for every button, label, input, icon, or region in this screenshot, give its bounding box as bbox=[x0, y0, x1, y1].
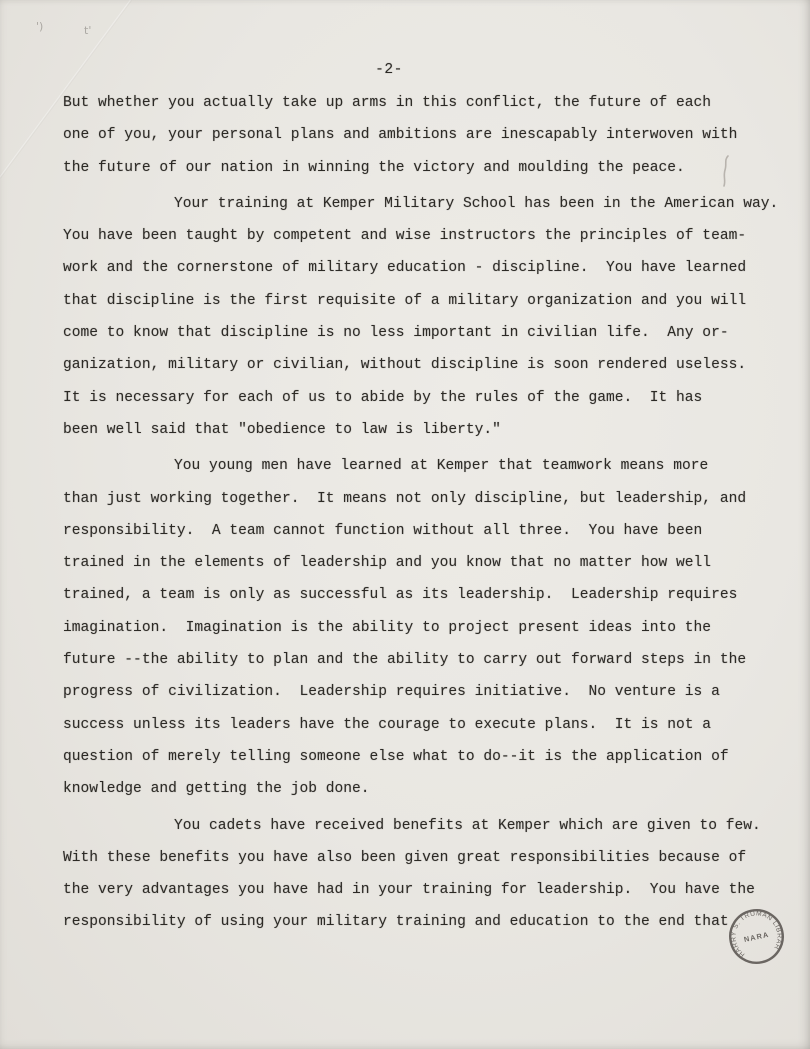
typed-line: one of you, your personal plans and ambi… bbox=[63, 119, 763, 151]
typed-line: that discipline is the first requisite o… bbox=[63, 285, 763, 317]
pencil-mark: t' bbox=[84, 24, 91, 37]
typed-line: question of merely telling someone else … bbox=[63, 741, 763, 773]
paragraph: Your training at Kemper Military School … bbox=[63, 188, 763, 446]
typed-line: progress of civilization. Leadership req… bbox=[63, 676, 763, 708]
typed-line: imagination. Imagination is the ability … bbox=[63, 612, 763, 644]
typed-line: ganization, military or civilian, withou… bbox=[63, 349, 763, 381]
typed-line: responsibility. A team cannot function w… bbox=[63, 515, 763, 547]
typed-line: It is necessary for each of us to abide … bbox=[63, 382, 763, 414]
typed-line: You have been taught by competent and wi… bbox=[63, 220, 763, 252]
typed-line: responsibility of using your military tr… bbox=[63, 906, 763, 938]
typed-line: success unless its leaders have the cour… bbox=[63, 709, 763, 741]
paragraph: You young men have learned at Kemper tha… bbox=[63, 450, 763, 805]
typed-line: With these benefits you have also been g… bbox=[63, 842, 763, 874]
typed-line: future --the ability to plan and the abi… bbox=[63, 644, 763, 676]
truman-library-nara-stamp: HARRY S. TRUMAN LIBRARY NARA bbox=[719, 899, 794, 974]
typed-line: But whether you actually take up arms in… bbox=[63, 87, 763, 119]
typed-line: the very advantages you have had in your… bbox=[63, 874, 763, 906]
scanned-document-page: { "page": { "number_label": "-2-", "para… bbox=[0, 0, 810, 1049]
typed-line: than just working together. It means not… bbox=[63, 483, 763, 515]
paragraph: But whether you actually take up arms in… bbox=[63, 87, 763, 184]
typed-line: the future of our nation in winning the … bbox=[63, 152, 763, 184]
document-body: But whether you actually take up arms in… bbox=[63, 87, 763, 939]
stamp-center-text: NARA bbox=[743, 930, 770, 944]
typed-line: Your training at Kemper Military School … bbox=[63, 188, 763, 220]
typed-line: You cadets have received benefits at Kem… bbox=[63, 810, 763, 842]
typed-line: trained in the elements of leadership an… bbox=[63, 547, 763, 579]
typed-line: been well said that "obedience to law is… bbox=[63, 414, 763, 446]
typed-line: trained, a team is only as successful as… bbox=[63, 579, 763, 611]
typed-line: knowledge and getting the job done. bbox=[63, 773, 763, 805]
paragraph: You cadets have received benefits at Kem… bbox=[63, 810, 763, 939]
typed-line: work and the cornerstone of military edu… bbox=[63, 252, 763, 284]
page-number: -2- bbox=[0, 62, 778, 78]
typed-line: come to know that discipline is no less … bbox=[63, 317, 763, 349]
pencil-mark: ') bbox=[36, 20, 43, 33]
typed-line: You young men have learned at Kemper tha… bbox=[63, 450, 763, 482]
